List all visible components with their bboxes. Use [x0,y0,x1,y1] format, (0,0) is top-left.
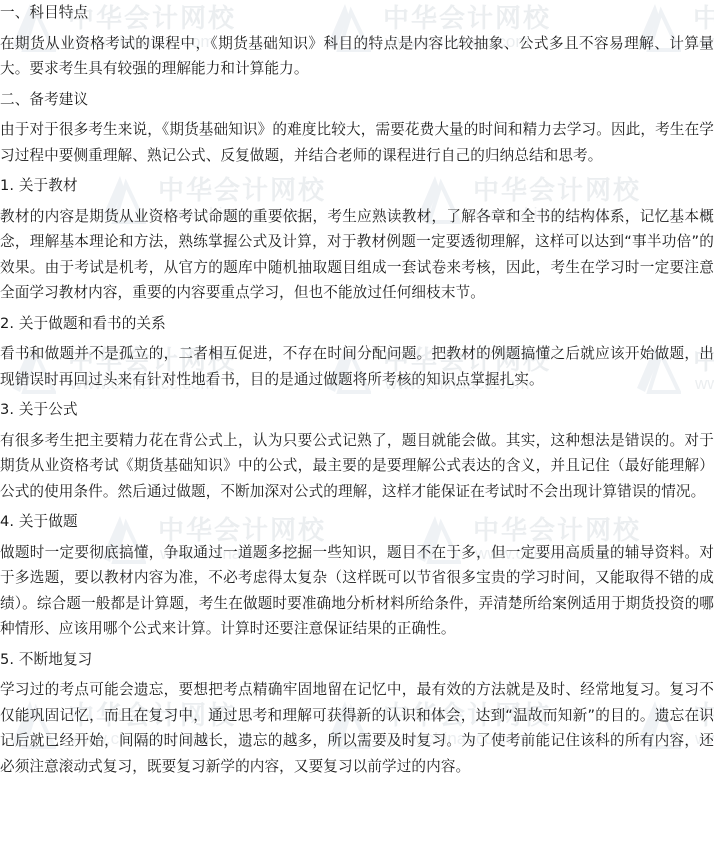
paragraph-study-advice: 由于对于很多考生来说，《期货基础知识》的难度比较大，需要花费大量的时间和精力去学… [0,117,714,168]
section-heading-practice: 4. 关于做题 [0,509,714,535]
section-heading-study-advice: 二、备考建议 [0,87,714,113]
paragraph-formulas: 有很多考生把主要精力花在背公式上，认为只要公式记熟了，题目就能会做。其实，这种想… [0,428,714,505]
section-heading-subject-features: 一、科目特点 [0,0,714,26]
section-heading-review: 5. 不断地复习 [0,647,714,673]
section-heading-textbook: 1. 关于教材 [0,173,714,199]
article-body: 一、科目特点 在期货从业资格考试的课程中，《期货基础知识》科目的特点是内容比较抽… [0,0,714,779]
paragraph-practice-and-reading: 看书和做题并不是孤立的，二者相互促进，不存在时间分配问题。把教材的例题搞懂之后就… [0,341,714,392]
section-heading-formulas: 3. 关于公式 [0,397,714,423]
paragraph-review: 学习过的考点可能会遗忘，要想把考点精确牢固地留在记忆中，最有效的方法就是及时、经… [0,677,714,779]
paragraph-practice: 做题时一定要彻底搞懂，争取通过一道题多挖掘一些知识，题目不在于多，但一定要用高质… [0,540,714,642]
section-heading-practice-and-reading: 2. 关于做题和看书的关系 [0,311,714,337]
paragraph-subject-features: 在期货从业资格考试的课程中，《期货基础知识》科目的特点是内容比较抽象、公式多且不… [0,31,714,82]
paragraph-textbook: 教材的内容是期货从业资格考试命题的重要依据，考生应熟读教材，了解各章和全书的结构… [0,204,714,306]
